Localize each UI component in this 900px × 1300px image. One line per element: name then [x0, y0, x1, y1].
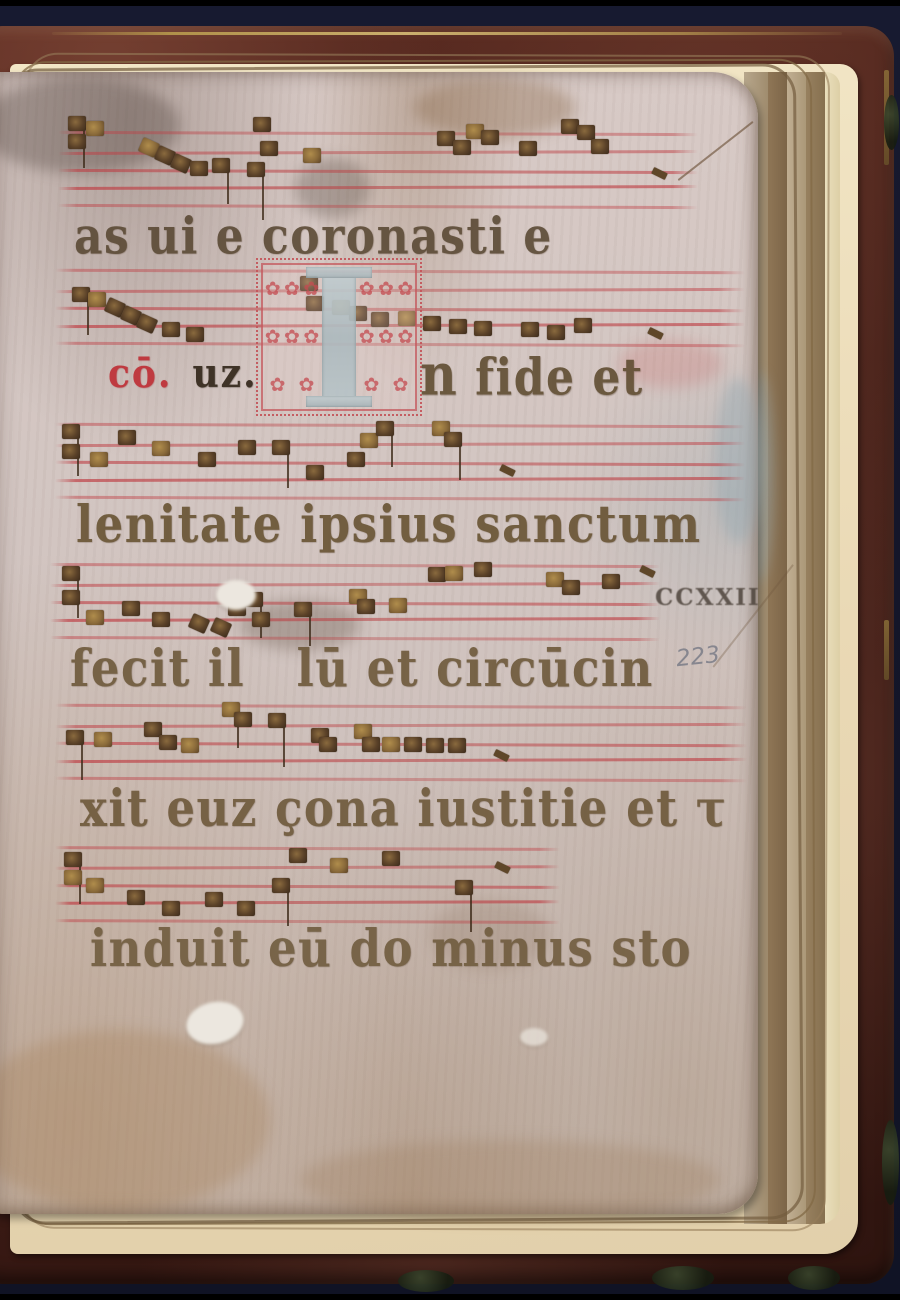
penwork-flower: ✿ — [378, 327, 394, 347]
neume-note — [360, 433, 378, 448]
parchment-chip — [520, 1028, 548, 1046]
neume-note — [86, 610, 104, 625]
neume-note — [66, 730, 84, 745]
neume-note — [162, 901, 180, 916]
neume-note — [272, 878, 290, 893]
neume-note — [294, 602, 312, 617]
neume-note — [136, 313, 159, 334]
chant-text-line-5: xit euz çona iustitie et τ — [80, 778, 727, 838]
neume-note — [181, 738, 199, 753]
neume-note — [376, 421, 394, 436]
penwork-flower: ✿ — [284, 327, 300, 347]
neume-note — [122, 601, 140, 616]
chant-text-line-2: n fide et — [420, 340, 644, 408]
neume-note — [428, 567, 446, 582]
neume-note — [88, 292, 106, 307]
penwork-flower: ✿ — [303, 327, 319, 347]
neume-note — [188, 613, 211, 634]
neume-note — [303, 148, 321, 163]
staff-line — [55, 461, 745, 466]
neume-note — [382, 851, 400, 866]
rubric-red-abbrev: cō. — [108, 350, 172, 397]
neume-note — [357, 599, 375, 614]
neume-note — [186, 327, 204, 342]
neume-note — [64, 870, 82, 885]
staff-line — [55, 865, 560, 869]
initial-panel: ✿✿✿✿✿✿✿✿ ✿✿✿✿✿✿✿✿ — [261, 263, 417, 411]
custos-mark — [494, 861, 511, 874]
neume-note — [445, 566, 463, 581]
neume-note — [253, 117, 271, 132]
neume-note — [362, 737, 380, 752]
neume-note — [118, 430, 136, 445]
neume-note — [481, 130, 499, 145]
neume-note — [152, 441, 170, 456]
neume-note — [449, 319, 467, 334]
custos-mark — [499, 464, 516, 477]
neume-note — [212, 158, 230, 173]
neume-note — [474, 321, 492, 336]
neume-note — [272, 440, 290, 455]
neume-note — [602, 574, 620, 589]
neume-note — [64, 852, 82, 867]
neume-note — [260, 141, 278, 156]
neume-note — [62, 590, 80, 605]
illuminated-initial-I: ✿✿✿✿✿✿✿✿ ✿✿✿✿✿✿✿✿ — [256, 258, 422, 416]
neume-note — [252, 612, 270, 627]
initial-letter-stem — [322, 269, 356, 405]
staff-line — [58, 185, 698, 190]
neume-note — [68, 134, 86, 149]
neume-note — [319, 737, 337, 752]
neume-note — [306, 465, 324, 480]
chant-text-line-4: fecit il lū et circūcin — [70, 638, 654, 698]
neume-note — [519, 141, 537, 156]
penwork-flower: ✿ — [364, 375, 380, 395]
staff-line — [55, 704, 747, 709]
neume-note — [347, 452, 365, 467]
neume-note — [521, 322, 539, 337]
penwork-flower: ✿ — [393, 375, 409, 395]
neume-note — [68, 116, 86, 131]
stain — [415, 78, 575, 138]
neume-note — [247, 162, 265, 177]
penwork-flower: ✿ — [378, 279, 394, 299]
custos-mark — [647, 327, 664, 340]
neume-note — [62, 444, 80, 459]
rubric-dark-abbrev: uz. — [192, 350, 257, 397]
neume-note — [152, 612, 170, 627]
folio-number-roman: CCXXII — [655, 584, 761, 611]
neume-note — [423, 316, 441, 331]
penwork-flower: ✿ — [270, 375, 286, 395]
neume-note — [389, 598, 407, 613]
neume-note — [474, 562, 492, 577]
neume-note — [562, 580, 580, 595]
page-content: as ui e coronasti e cō.uz. ✿✿✿✿✿✿✿✿ ✿✿✿✿… — [0, 0, 900, 1300]
penwork-flower: ✿ — [284, 279, 300, 299]
neume-note — [591, 139, 609, 154]
stain — [0, 1030, 270, 1210]
neume-note — [127, 890, 145, 905]
folio-number-pencil: 223 — [675, 642, 721, 672]
chant-text-line-6: induit eū do minus sto — [90, 918, 692, 978]
neume-note — [86, 878, 104, 893]
neume-note — [448, 738, 466, 753]
penwork-flower: ✿ — [359, 327, 375, 347]
staff-line — [50, 563, 660, 568]
parchment-hole — [216, 580, 256, 610]
neume-note — [574, 318, 592, 333]
neume-note — [577, 125, 595, 140]
staff-line — [55, 884, 560, 888]
photo-frame: as ui e coronasti e cō.uz. ✿✿✿✿✿✿✿✿ ✿✿✿✿… — [0, 0, 900, 1300]
staff-line — [55, 846, 560, 850]
penwork-flower: ✿ — [303, 279, 319, 299]
penwork-flower: ✿ — [265, 279, 281, 299]
staff-line — [55, 758, 747, 763]
penwork-flower: ✿ — [265, 327, 281, 347]
staff-line — [55, 477, 745, 482]
penwork-flower: ✿ — [359, 279, 375, 299]
stain — [300, 1140, 720, 1220]
neume-note — [190, 161, 208, 176]
neume-note — [289, 848, 307, 863]
neume-note — [330, 858, 348, 873]
penwork-flower: ✿ — [299, 375, 315, 395]
neume-note — [426, 738, 444, 753]
neume-note — [162, 322, 180, 337]
scratch-line — [712, 564, 793, 667]
penwork-flower: ✿ — [397, 279, 413, 299]
neume-note — [453, 140, 471, 155]
neume-note — [205, 892, 223, 907]
neume-note — [268, 713, 286, 728]
neume-note — [404, 737, 422, 752]
penwork-flowers-left: ✿✿✿✿✿✿✿✿ — [263, 265, 321, 409]
penwork-flowers-right: ✿✿✿✿✿✿✿✿ — [357, 265, 415, 409]
neume-note — [234, 712, 252, 727]
neume-note — [86, 121, 104, 136]
neume-note — [198, 452, 216, 467]
blue-stain — [714, 378, 762, 543]
neume-note — [547, 325, 565, 340]
staff-line — [58, 169, 698, 174]
neume-note — [238, 440, 256, 455]
neume-note — [159, 735, 177, 750]
rubric: cō.uz. — [108, 350, 258, 397]
neume-note — [62, 566, 80, 581]
custos-mark — [651, 167, 668, 180]
chant-text-line-3: lenitate ipsius sanctum — [76, 494, 702, 554]
neume-note — [237, 901, 255, 916]
neume-note — [90, 452, 108, 467]
staff-line — [55, 423, 745, 428]
neume-note — [382, 737, 400, 752]
neume-note — [62, 424, 80, 439]
penwork-flower: ✿ — [397, 327, 413, 347]
neume-note — [444, 432, 462, 447]
neume-note — [455, 880, 473, 895]
neume-note — [94, 732, 112, 747]
